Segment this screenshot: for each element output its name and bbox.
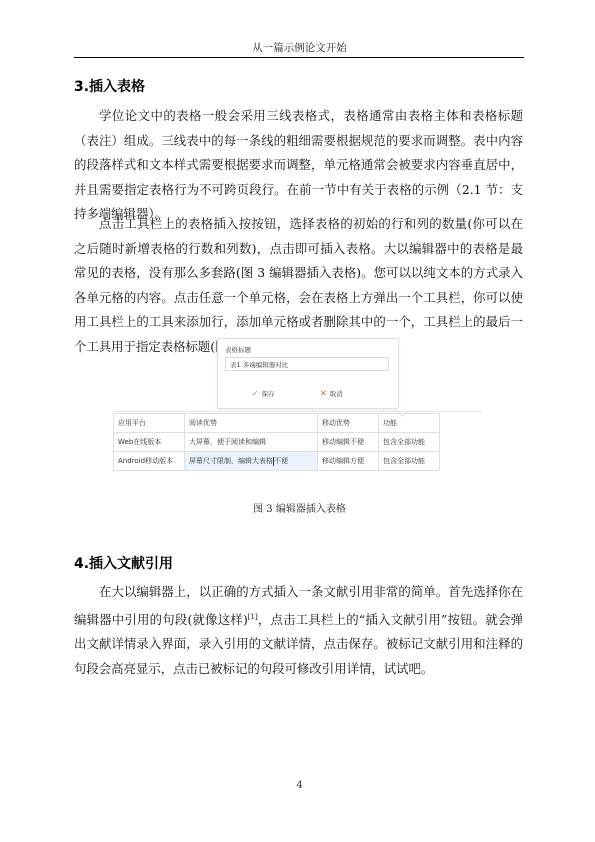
figure-caption: 图 3 编辑器插入表格 (74, 500, 525, 515)
cell-text-after-caret: 不便 (274, 457, 288, 465)
section-4-paragraph: 在大以编辑器上，以正确的方式插入一条文献引用非常的简单。首先选择你在编辑器中引用… (74, 580, 523, 681)
table-cell[interactable]: 移动优势 (318, 414, 379, 433)
save-label: 保存 (262, 389, 275, 398)
table-cell[interactable]: 功能 (379, 414, 440, 433)
figure-editor-table: 表格标题 表1 多端编辑器对比 ✓ 保存 ✕ 取消 应用平台 阅读优势 移动优势… (113, 335, 483, 480)
table-cell[interactable]: Web在线版本 (114, 433, 185, 452)
cancel-label: 取消 (330, 389, 343, 398)
caption-input[interactable]: 表1 多端编辑器对比 (225, 357, 389, 371)
table-header-row: 应用平台 阅读优势 移动优势 功能 (114, 414, 440, 433)
caption-label: 表格标题 (225, 345, 251, 354)
check-icon: ✓ (252, 389, 259, 398)
running-header: 从一篇示例论文开始 (74, 40, 525, 55)
editor-table: 应用平台 阅读优势 移动优势 功能 Web在线版本 大屏幕，便于阅读和编辑 移动… (113, 413, 440, 471)
page-number: 4 (74, 780, 525, 791)
table-cell[interactable]: Android移动版本 (114, 452, 185, 471)
cancel-button[interactable]: ✕ 取消 (320, 389, 343, 398)
table-row: Android移动版本 屏幕尺寸限制，编辑大表格不便 移动编辑方便 包含全部功能 (114, 452, 440, 471)
table-cell[interactable]: 大屏幕，便于阅读和编辑 (185, 433, 318, 452)
table-cell[interactable]: 移动编辑方便 (318, 452, 379, 471)
cell-text-before-caret: 屏幕尺寸限制，编辑大表格 (189, 457, 273, 465)
table-row: Web在线版本 大屏幕，便于阅读和编辑 移动编辑不便 包含全部功能 (114, 433, 440, 452)
table-cell[interactable]: 应用平台 (114, 414, 185, 433)
table-cell[interactable]: 包含全部功能 (379, 452, 440, 471)
section-3-paragraph-1: 学位论文中的表格一般会采用三线表格式，表格通常由表格主体和表格标题（表注）组成。… (74, 104, 523, 227)
section-3-heading: 3.插入表格 (74, 76, 145, 96)
close-icon: ✕ (320, 389, 327, 398)
table-cell[interactable]: 移动编辑不便 (318, 433, 379, 452)
table-caption-popup: 表格标题 表1 多端编辑器对比 ✓ 保存 ✕ 取消 (217, 338, 399, 409)
popup-divider (113, 411, 483, 412)
table-cell[interactable]: 包含全部功能 (379, 433, 440, 452)
section-4-heading: 4.插入文献引用 (74, 553, 173, 573)
table-cell[interactable]: 阅读优势 (185, 414, 318, 433)
table-cell-selected[interactable]: 屏幕尺寸限制，编辑大表格不便 (185, 452, 318, 471)
save-button[interactable]: ✓ 保存 (252, 389, 275, 398)
citation-mark[interactable]: [1] (248, 613, 258, 621)
header-rule (74, 57, 524, 58)
